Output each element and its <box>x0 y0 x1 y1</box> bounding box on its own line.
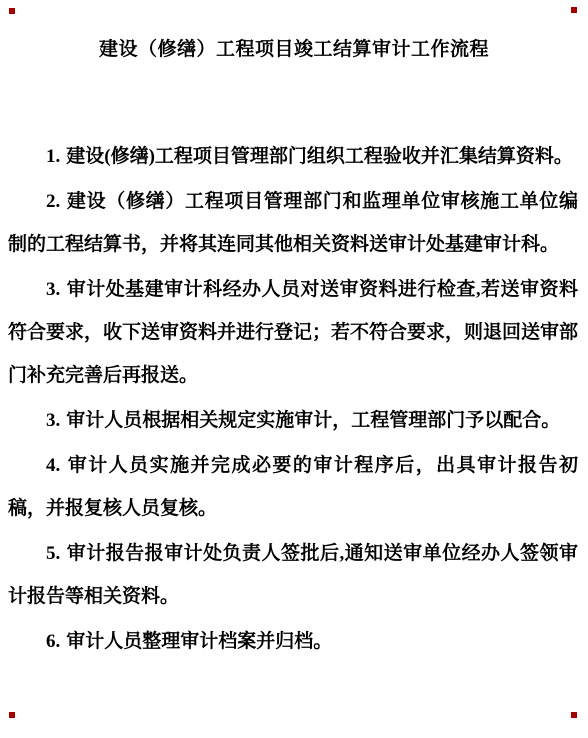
paragraph-number: 1. <box>46 146 60 167</box>
corner-mark-bottom-left <box>9 712 15 718</box>
paragraph-number: 3. <box>46 279 60 300</box>
corner-mark-top-left <box>9 8 15 14</box>
paragraph-text: 建设(修缮)工程项目管理部门组织工程验收并汇集结算资料。 <box>66 146 573 167</box>
paragraph-number: 3. <box>46 410 60 431</box>
paragraph: 6.审计人员整理审计档案并归档。 <box>8 620 578 663</box>
paragraph: 1.建设(修缮)工程项目管理部门组织工程验收并汇集结算资料。 <box>8 135 578 178</box>
paragraph: 4.审计人员实施并完成必要的审计程序后，出具审计报告初稿，并报复核人员复核。 <box>8 444 578 530</box>
paragraph-text: 审计人员根据相关规定实施审计，工程管理部门予以配合。 <box>66 410 560 431</box>
paragraph-text: 审计人员实施并完成必要的审计程序后，出具审计报告初稿，并报复核人员复核。 <box>8 455 578 519</box>
paragraph-text: 审计处基建审计科经办人员对送审资料进行检查,若送审资料符合要求，收下送审资料并进… <box>8 279 578 386</box>
corner-mark-bottom-right <box>571 712 577 718</box>
corner-mark-top-right <box>571 7 577 13</box>
paragraph-number: 6. <box>46 631 60 652</box>
document-page: 建设（修缮）工程项目竣工结算审计工作流程 1.建设(修缮)工程项目管理部门组织工… <box>0 0 588 738</box>
paragraph: 5.审计报告报审计处负责人签批后,通知送审单位经办人签领审计报告等相关资料。 <box>8 532 578 618</box>
paragraph: 3.审计处基建审计科经办人员对送审资料进行检查,若送审资料符合要求，收下送审资料… <box>8 268 578 397</box>
paragraph-number: 5. <box>46 543 60 564</box>
document-body: 1.建设(修缮)工程项目管理部门组织工程验收并汇集结算资料。2.建设（修缮）工程… <box>8 135 578 663</box>
paragraph-number: 4. <box>46 455 60 476</box>
paragraph-text: 建设（修缮）工程项目管理部门和监理单位审核施工单位编制的工程结算书，并将其连同其… <box>8 191 578 255</box>
paragraph-text: 审计人员整理审计档案并归档。 <box>66 631 332 652</box>
paragraph: 2.建设（修缮）工程项目管理部门和监理单位审核施工单位编制的工程结算书，并将其连… <box>8 180 578 266</box>
document-title: 建设（修缮）工程项目竣工结算审计工作流程 <box>0 37 588 63</box>
paragraph: 3.审计人员根据相关规定实施审计，工程管理部门予以配合。 <box>8 399 578 442</box>
paragraph-text: 审计报告报审计处负责人签批后,通知送审单位经办人签领审计报告等相关资料。 <box>8 543 578 607</box>
paragraph-number: 2. <box>46 191 60 212</box>
